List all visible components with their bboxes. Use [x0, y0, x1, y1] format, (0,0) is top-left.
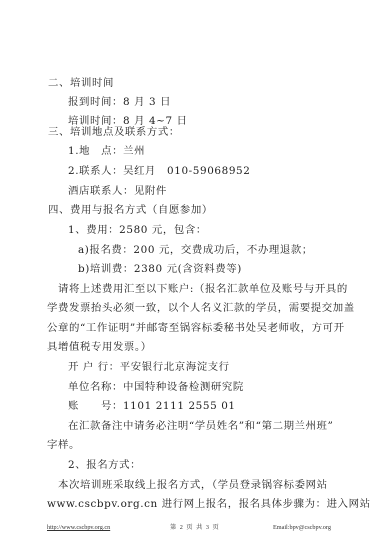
registration-paragraph-line: www.cscbpv.org.cn 进行网上报名，报名具体步骤为：进入网站 — [47, 497, 371, 511]
remit-paragraph-line: 学费发票抬头必须一致，以个人名义汇款的学员，需要提交加盖 — [47, 301, 355, 315]
hotel-contact: 酒店联系人：见附件 — [68, 184, 167, 198]
footer-website-link[interactable]: http://www.cscbpv.org.cn — [47, 524, 110, 532]
document-page: 二、培训时间 报到时间：8 月 3 日 培训时间：8 月 4~7 日 三、培训地… — [0, 0, 391, 555]
fee-total: 1、费用：2580 元，包含： — [68, 223, 207, 237]
remittance-note-line: 在汇款备注中请务必注明“学员姓名”和“第二期兰州班” — [68, 419, 333, 433]
section-heading-location-contact: 三、培训地点及联系方式： — [48, 125, 180, 139]
fee-training: b)培训费：2380 元(含资料费等) — [78, 262, 242, 276]
section-heading-fees: 四、费用与报名方式（自愿参加） — [48, 203, 213, 217]
registration-paragraph-line: 本次培训班采取线上报名方式，（学员登录锅容标委网站 — [47, 478, 328, 492]
company-name: 单位名称：中国特种设备检测研究院 — [68, 380, 244, 394]
remittance-note-line: 字样。 — [47, 438, 80, 452]
account-number: 账 号：1101 2111 2555 01 — [68, 399, 236, 413]
registration-heading: 2、报名方式： — [68, 458, 141, 472]
contact-person: 2.联系人：吴红月 010-59068952 — [68, 164, 250, 178]
section-heading-training-time: 二、培训时间 — [48, 76, 114, 90]
location: 1.地 点：兰州 — [68, 144, 145, 158]
bank-name: 开 户 行：平安银行北京海淀支行 — [68, 360, 230, 374]
footer-email: Email:bpv@cscbpv.org — [273, 524, 331, 532]
checkin-time: 报到时间：8 月 3 日 — [68, 95, 171, 109]
remit-paragraph-line: 具增值税专用发票。） — [47, 340, 152, 354]
remit-paragraph-line: 公章的“工作证明”并邮寄至锅容标委秘书处吴老师收，方可开 — [47, 321, 345, 335]
footer-page-number: 第 2 页 共 3 页 — [170, 524, 220, 532]
remit-paragraph-line: 请将上述费用汇至以下账户:（报名汇款单位及账号与开具的 — [47, 282, 348, 296]
fee-registration: a)报名费：200 元，交费成功后，不办理退款； — [78, 243, 313, 257]
